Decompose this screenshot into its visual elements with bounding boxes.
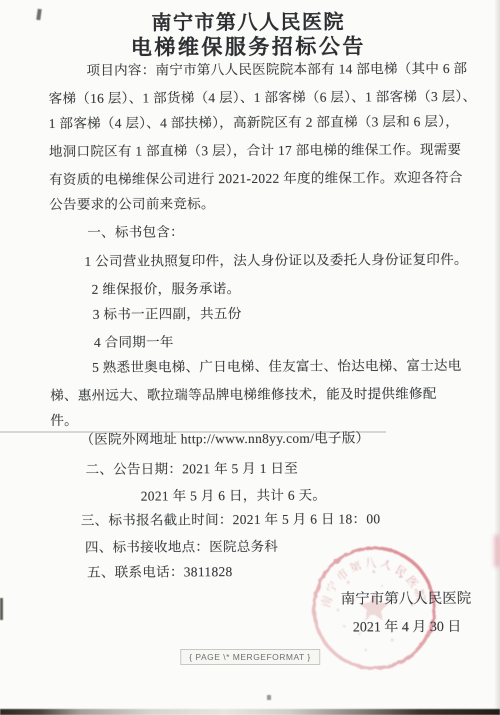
doc-line: 3 标书一正四副，共五份: [93, 304, 242, 325]
doc-line: 一、标书包含：: [87, 222, 184, 243]
doc-line: 四、标书接收地点：医院总务科: [85, 537, 278, 558]
doc-body: 项目内容：南宁市第八人民医院院本部有 14 部电梯（其中 6 部客梯（16 层）…: [0, 0, 498, 1]
doc-line: 梯、惠州远大、歌拉瑞等品牌电梯维修技术，能及时提供维修配: [50, 384, 437, 406]
doc-line: 1 公司营业执照复印件，法人身份证以及委托人身份证复印件。: [84, 250, 467, 272]
scan-edge-shadow: [494, 0, 500, 715]
doc-line: （医院外网地址 http://www.nn8yy.com/电子版）: [80, 428, 369, 450]
doc-line: 二、公告日期：2021 年 5 月 1 日至: [86, 459, 299, 480]
document-content: 南宁市第八人民医院 电梯维保服务招标公告 项目内容：南宁市第八人民医院院本部有 …: [0, 0, 500, 715]
scanned-document-page: 南宁市第八人民医院 南宁市第八人民医院 电梯维保服务招标公告 项目内容：南宁市第…: [0, 0, 500, 715]
doc-line: 有资质的电梯维保公司进行 2021-2022 年度的维保工作。欢迎各符合: [49, 168, 463, 190]
doc-line: 五、联系电话：3811828: [87, 562, 233, 583]
doc-line: 三、标书报名截止时间：2021 年 5 月 6 日 18：00: [81, 509, 381, 531]
scan-ink-smudge: [494, 535, 500, 567]
doc-line: 地洞口院区有 1 部直梯（3 层），合计 17 部电梯的维保工作。现需要: [49, 140, 462, 162]
doc-line: 项目内容：南宁市第八人民医院院本部有 14 部电梯（其中 6 部: [86, 59, 467, 81]
doc-title-line2: 电梯维保服务招标公告: [0, 30, 498, 63]
signature-org: 南宁市第八人民医院: [341, 587, 472, 609]
scan-bottom-edge: [0, 709, 500, 715]
doc-line: 公告要求的公司前来竞标。: [49, 194, 215, 215]
page-field-code: { PAGE \* MERGEFORMAT }: [180, 649, 320, 665]
doc-line: 5 熟悉世奥电梯、广日电梯、佳友富士、怡达电梯、富士达电: [92, 356, 462, 378]
scan-speck: [0, 598, 3, 620]
doc-line: 客梯（16 层）、1 部货梯（4 层）、1 部客梯（6 层）、1 部客梯（3 层…: [49, 87, 477, 109]
doc-line: 2 维保报价，服务承诺。: [92, 279, 241, 300]
scan-speck: [267, 695, 271, 700]
doc-line: 1 部客梯（4 层）、4 部扶梯），高新院区有 2 部直梯（3 层和 6 层），: [49, 112, 459, 134]
doc-line: 4 合同期一年: [94, 332, 174, 352]
doc-line: 2021 年 5 月 6 日，共计 6 天。: [141, 486, 327, 507]
signature-date: 2021 年 4 月 30 日: [353, 616, 462, 637]
doc-line: 件。: [50, 411, 78, 431]
